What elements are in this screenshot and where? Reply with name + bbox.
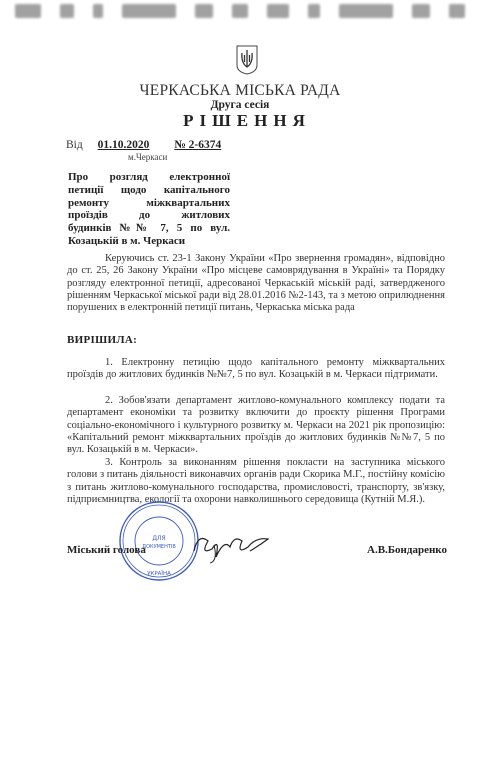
svg-text:УКРАЇНА: УКРАЇНА [147,570,171,577]
trident-coat-of-arms-icon [236,45,258,75]
document-type-title: РІШЕННЯ [0,111,480,131]
subject-line: ремонту міжквартальних [68,197,230,210]
subject-line: проїздів до житлових [68,209,230,222]
subject-line: Про розгляд електронної [68,171,230,184]
resolution-item-3: 3. Контроль за виконанням рішення поклас… [67,457,445,506]
svg-text:ДОКУМЕНТІВ: ДОКУМЕНТІВ [142,544,176,550]
signatory-position: Міський голова [67,544,146,556]
subject-line: будинків №№ 7, 5 по вул. [68,222,230,235]
decision-meta: Від 01.10.2020 № 2-6374 [66,139,221,151]
resolved-heading: ВИРІШИЛА: [67,334,137,346]
session-label: Друга сесія [0,99,480,111]
city-label: м.Черкаси [128,152,167,162]
resolution-item-1: 1. Електронну петицію щодо капітального … [67,357,445,382]
resolution-item-2: 2. Зобов'язати департамент житлово-комун… [67,395,445,456]
subject-line: петиції щодо капітального [68,184,230,197]
preamble-paragraph: Керуючись ст. 23-1 Закону України «Про з… [67,253,445,314]
decision-date: 01.10.2020 [98,139,150,151]
svg-text:ДЛЯ: ДЛЯ [152,535,165,542]
council-name: ЧЕРКАСЬКА МІСЬКА РАДА [0,82,480,100]
signatory-name: А.В.Бондаренко [367,544,447,556]
scan-bleed-through [0,4,480,32]
from-label: Від [66,139,83,151]
official-stamp-icon: ДЛЯ ДОКУМЕНТІВ УКРАЇНА [118,500,200,582]
decision-number: № 2-6374 [174,139,221,151]
subject-line: Козацькій в м. Черкаси [68,235,230,248]
decision-subject: Про розгляд електронної петиції щодо кап… [68,171,230,248]
handwritten-signature [190,525,280,565]
